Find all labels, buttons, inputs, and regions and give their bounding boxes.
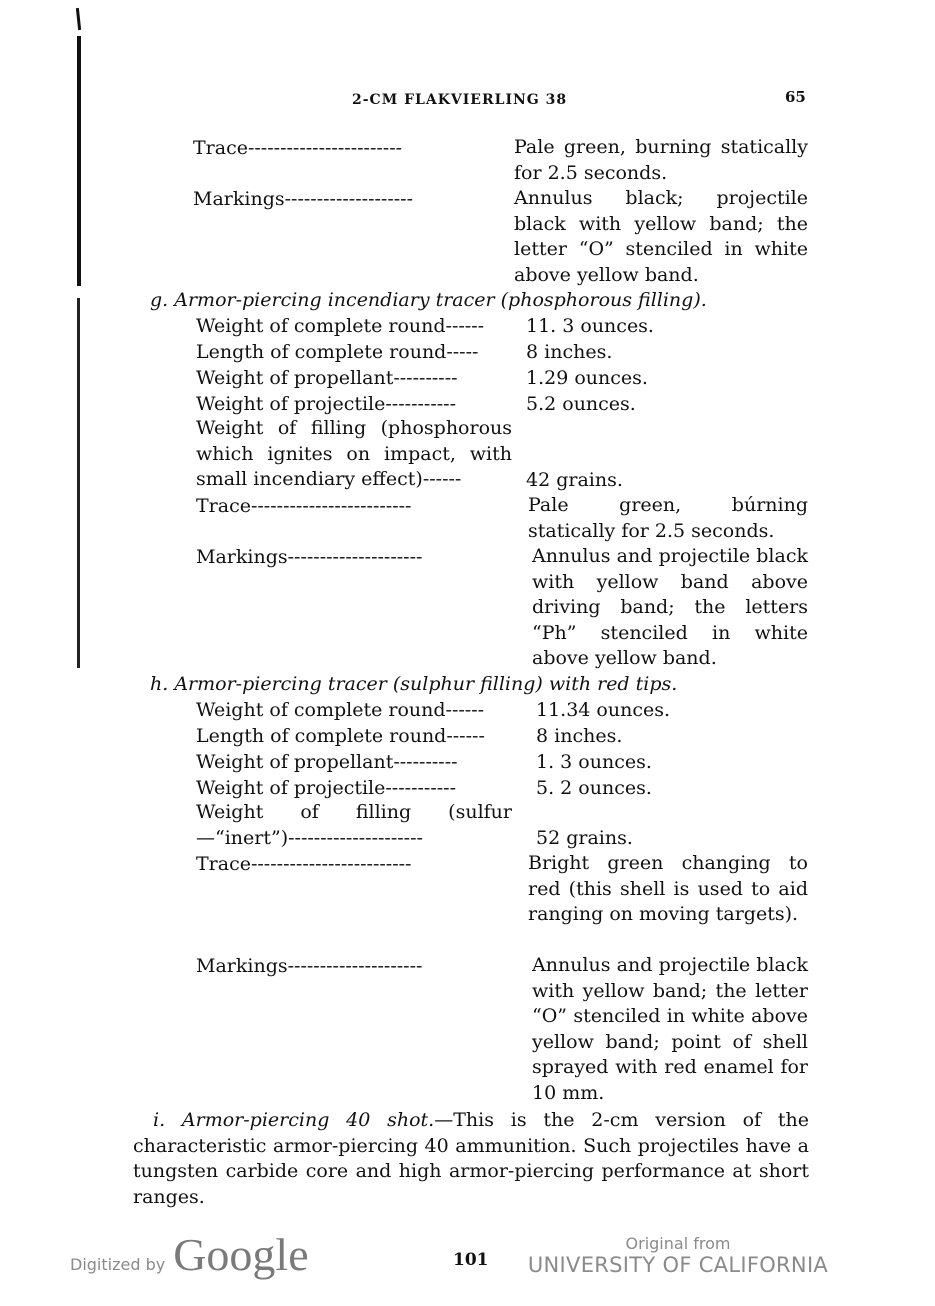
label-trace: Trace------------------------ — [193, 136, 402, 160]
label-weight-projectile: Weight of projectile----------- — [196, 776, 456, 800]
original-from-watermark: Original from UNIVERSITY OF CALIFORNIA — [520, 1234, 836, 1277]
value-markings: Annulus black; projectile black with yel… — [514, 186, 808, 288]
value-weight-filling: 52 grains. — [536, 826, 633, 850]
label-weight-complete-round: Weight of complete round------ — [196, 698, 484, 722]
running-head: 2-CM FLAKVIERLING 38 — [352, 92, 567, 108]
value-weight-projectile: 5.2 ounces. — [526, 392, 636, 416]
label-weight-filling: Weight of filling (sulfur—“inert”)------… — [196, 800, 512, 851]
value-markings: Annulus and projectile black with yellow… — [532, 544, 808, 672]
value-weight-propellant: 1.29 ounces. — [526, 366, 648, 390]
section-h-heading: h. Armor-piercing tracer (sulphur fillin… — [150, 672, 677, 696]
value-trace: Bright green changing to red (this shell… — [528, 851, 808, 928]
value-weight-filling: 42 grains. — [526, 468, 623, 492]
section-g-heading: g. Armor-piercing incendiary tracer (pho… — [150, 288, 707, 312]
label-weight-projectile: Weight of projectile----------- — [196, 392, 456, 416]
digitized-by-label: Digitized by — [70, 1255, 165, 1274]
margin-scan-bar — [77, 36, 81, 286]
label-weight-complete-round: Weight of complete round------ — [196, 314, 484, 338]
label-markings: Markings--------------------- — [196, 545, 422, 569]
margin-scan-bar — [77, 298, 80, 668]
value-weight-projectile: 5. 2 ounces. — [536, 776, 652, 800]
value-trace: Pale green, burning statically for 2.5 s… — [514, 135, 808, 186]
page-number: 65 — [785, 88, 806, 106]
label-weight-filling: Weight of filling (phosphorous which ign… — [196, 416, 512, 493]
label-trace: Trace------------------------- — [196, 494, 411, 518]
scan-page-number: 101 — [453, 1250, 489, 1270]
margin-scan-mark — [76, 8, 81, 30]
label-length-complete-round: Length of complete round----- — [196, 340, 478, 364]
label-length-complete-round: Length of complete round------ — [196, 724, 485, 748]
value-length-complete-round: 8 inches. — [526, 340, 612, 364]
label-weight-propellant: Weight of propellant---------- — [196, 366, 458, 390]
section-i-paragraph: i. Armor-piercing 40 shot.—This is the 2… — [133, 1108, 809, 1210]
value-trace: Pale green, búrning statically for 2.5 s… — [528, 493, 808, 544]
label-markings: Markings-------------------- — [193, 187, 413, 211]
label-trace: Trace------------------------- — [196, 852, 411, 876]
label-weight-propellant: Weight of propellant---------- — [196, 750, 458, 774]
section-i-lead: i. Armor-piercing 40 shot. — [153, 1109, 434, 1131]
value-weight-propellant: 1. 3 ounces. — [536, 750, 652, 774]
value-length-complete-round: 8 inches. — [536, 724, 622, 748]
google-logo: Google — [173, 1228, 308, 1281]
value-weight-complete-round: 11. 3 ounces. — [526, 314, 654, 338]
value-weight-complete-round: 11.34 ounces. — [536, 698, 670, 722]
digitized-by-google-watermark: Digitized by Google — [70, 1228, 309, 1281]
label-markings: Markings--------------------- — [196, 954, 422, 978]
university-label: UNIVERSITY OF CALIFORNIA — [520, 1253, 836, 1277]
original-from-label: Original from — [520, 1234, 836, 1253]
value-markings: Annulus and projectile black with yellow… — [532, 953, 808, 1107]
